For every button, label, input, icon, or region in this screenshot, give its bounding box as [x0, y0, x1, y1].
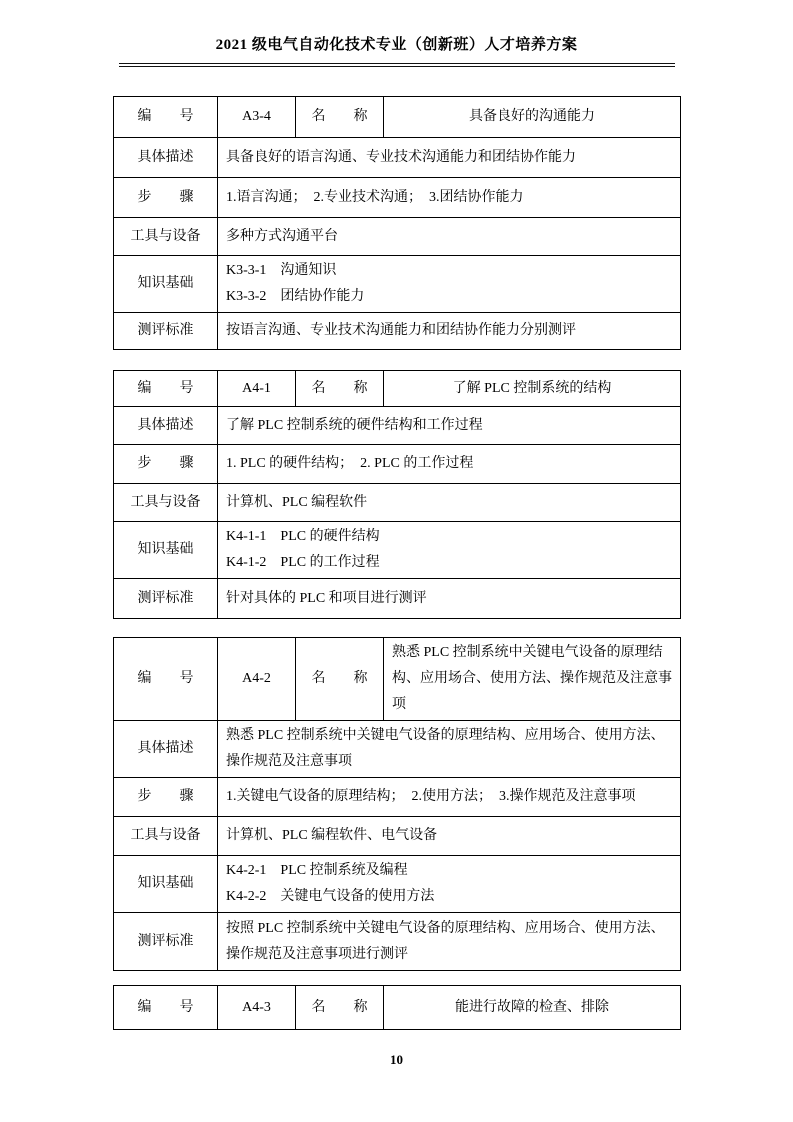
- document-page: 2021 级电气自动化技术专业（创新班）人才培养方案 编 号 A3-4 名 称 …: [0, 0, 793, 1122]
- knowledge-line: K4-2-2 关键电气设备的使用方法: [226, 884, 672, 910]
- page-title: 2021 级电气自动化技术专业（创新班）人才培养方案: [0, 33, 793, 54]
- knowledge-value: K3-3-1 沟通知识 K3-3-2 团结协作能力: [218, 256, 681, 313]
- table-row: 工具与设备 计算机、PLC 编程软件、电气设备: [114, 817, 681, 856]
- number-label: 编 号: [114, 97, 218, 138]
- number-value: A4-2: [218, 638, 296, 721]
- steps-value: 1.语言沟通； 2.专业技术沟通； 3.团结协作能力: [218, 178, 681, 218]
- table-row: 具体描述 具备良好的语言沟通、专业技术沟通能力和团结协作能力: [114, 138, 681, 178]
- description-label: 具体描述: [114, 407, 218, 445]
- description-label: 具体描述: [114, 721, 218, 778]
- knowledge-line: K4-1-1 PLC 的硬件结构: [226, 524, 672, 550]
- description-label: 具体描述: [114, 138, 218, 178]
- name-label: 名 称: [296, 986, 384, 1030]
- knowledge-label: 知识基础: [114, 522, 218, 579]
- ability-table-a4-3: 编 号 A4-3 名 称 能进行故障的检查、排除: [113, 985, 681, 1030]
- description-value: 具备良好的语言沟通、专业技术沟通能力和团结协作能力: [218, 138, 681, 178]
- evaluation-label: 测评标准: [114, 913, 218, 971]
- name-value: 了解 PLC 控制系统的结构: [384, 371, 681, 407]
- tools-label: 工具与设备: [114, 817, 218, 856]
- table-row: 编 号 A4-1 名 称 了解 PLC 控制系统的结构: [114, 371, 681, 407]
- steps-value: 1.关键电气设备的原理结构； 2.使用方法； 3.操作规范及注意事项: [218, 778, 681, 817]
- ability-table-a3-4: 编 号 A3-4 名 称 具备良好的沟通能力 具体描述 具备良好的语言沟通、专业…: [113, 96, 681, 350]
- tools-label: 工具与设备: [114, 484, 218, 522]
- steps-value: 1. PLC 的硬件结构； 2. PLC 的工作过程: [218, 445, 681, 484]
- table-row: 工具与设备 多种方式沟通平台: [114, 218, 681, 256]
- tools-value: 计算机、PLC 编程软件: [218, 484, 681, 522]
- page-number: 10: [0, 1052, 793, 1068]
- evaluation-value: 按照 PLC 控制系统中关键电气设备的原理结构、应用场合、使用方法、操作规范及注…: [218, 913, 681, 971]
- table-row: 具体描述 熟悉 PLC 控制系统中关键电气设备的原理结构、应用场合、使用方法、操…: [114, 721, 681, 778]
- name-value: 熟悉 PLC 控制系统中关键电气设备的原理结构、应用场合、使用方法、操作规范及注…: [384, 638, 681, 721]
- table-row: 步 骤 1.语言沟通； 2.专业技术沟通； 3.团结协作能力: [114, 178, 681, 218]
- knowledge-value: K4-1-1 PLC 的硬件结构 K4-1-2 PLC 的工作过程: [218, 522, 681, 579]
- table-row: 步 骤 1. PLC 的硬件结构； 2. PLC 的工作过程: [114, 445, 681, 484]
- table-row: 步 骤 1.关键电气设备的原理结构； 2.使用方法； 3.操作规范及注意事项: [114, 778, 681, 817]
- description-value: 熟悉 PLC 控制系统中关键电气设备的原理结构、应用场合、使用方法、操作规范及注…: [218, 721, 681, 778]
- table-row: 编 号 A4-3 名 称 能进行故障的检查、排除: [114, 986, 681, 1030]
- evaluation-value: 按语言沟通、专业技术沟通能力和团结协作能力分别测评: [218, 313, 681, 350]
- name-value: 具备良好的沟通能力: [384, 97, 681, 138]
- number-value: A3-4: [218, 97, 296, 138]
- table-row: 测评标准 针对具体的 PLC 和项目进行测评: [114, 579, 681, 619]
- name-label: 名 称: [296, 638, 384, 721]
- table-row: 具体描述 了解 PLC 控制系统的硬件结构和工作过程: [114, 407, 681, 445]
- name-value: 能进行故障的检查、排除: [384, 986, 681, 1030]
- evaluation-label: 测评标准: [114, 579, 218, 619]
- description-value: 了解 PLC 控制系统的硬件结构和工作过程: [218, 407, 681, 445]
- number-label: 编 号: [114, 638, 218, 721]
- knowledge-line: K4-2-1 PLC 控制系统及编程: [226, 858, 672, 884]
- knowledge-line: K3-3-2 团结协作能力: [226, 284, 672, 310]
- knowledge-label: 知识基础: [114, 856, 218, 913]
- header-divider: [119, 63, 675, 67]
- ability-table-a4-2: 编 号 A4-2 名 称 熟悉 PLC 控制系统中关键电气设备的原理结构、应用场…: [113, 637, 681, 971]
- table-row: 测评标准 按语言沟通、专业技术沟通能力和团结协作能力分别测评: [114, 313, 681, 350]
- table-row: 知识基础 K4-1-1 PLC 的硬件结构 K4-1-2 PLC 的工作过程: [114, 522, 681, 579]
- knowledge-label: 知识基础: [114, 256, 218, 313]
- knowledge-value: K4-2-1 PLC 控制系统及编程 K4-2-2 关键电气设备的使用方法: [218, 856, 681, 913]
- tools-value: 计算机、PLC 编程软件、电气设备: [218, 817, 681, 856]
- table-row: 知识基础 K3-3-1 沟通知识 K3-3-2 团结协作能力: [114, 256, 681, 313]
- table-row: 工具与设备 计算机、PLC 编程软件: [114, 484, 681, 522]
- name-label: 名 称: [296, 371, 384, 407]
- name-label: 名 称: [296, 97, 384, 138]
- knowledge-line: K3-3-1 沟通知识: [226, 258, 672, 284]
- evaluation-value: 针对具体的 PLC 和项目进行测评: [218, 579, 681, 619]
- table-row: 编 号 A4-2 名 称 熟悉 PLC 控制系统中关键电气设备的原理结构、应用场…: [114, 638, 681, 721]
- tools-value: 多种方式沟通平台: [218, 218, 681, 256]
- number-value: A4-1: [218, 371, 296, 407]
- number-label: 编 号: [114, 986, 218, 1030]
- ability-table-a4-1: 编 号 A4-1 名 称 了解 PLC 控制系统的结构 具体描述 了解 PLC …: [113, 370, 681, 619]
- tools-label: 工具与设备: [114, 218, 218, 256]
- table-row: 测评标准 按照 PLC 控制系统中关键电气设备的原理结构、应用场合、使用方法、操…: [114, 913, 681, 971]
- number-label: 编 号: [114, 371, 218, 407]
- table-row: 编 号 A3-4 名 称 具备良好的沟通能力: [114, 97, 681, 138]
- evaluation-label: 测评标准: [114, 313, 218, 350]
- knowledge-line: K4-1-2 PLC 的工作过程: [226, 550, 672, 576]
- number-value: A4-3: [218, 986, 296, 1030]
- steps-label: 步 骤: [114, 178, 218, 218]
- steps-label: 步 骤: [114, 445, 218, 484]
- steps-label: 步 骤: [114, 778, 218, 817]
- table-row: 知识基础 K4-2-1 PLC 控制系统及编程 K4-2-2 关键电气设备的使用…: [114, 856, 681, 913]
